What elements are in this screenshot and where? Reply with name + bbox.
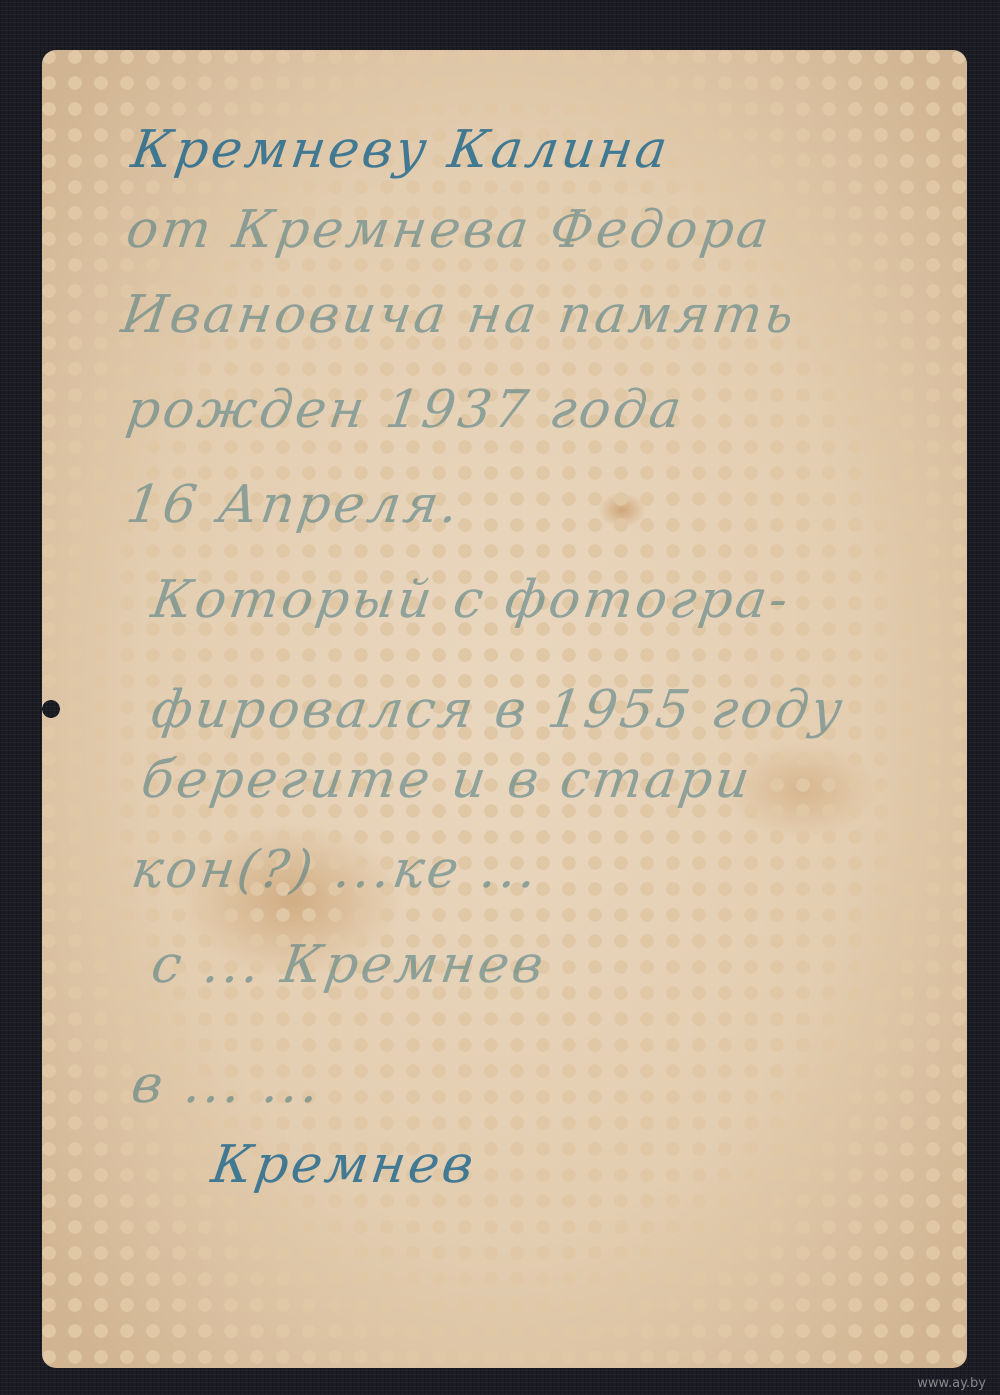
watermark: www.ay.by — [917, 1376, 986, 1391]
inscription-line: Ивановича на память — [118, 285, 801, 345]
inscription-line: Кремневу Калина — [128, 120, 674, 180]
inscription-line: от Кремнева Федора — [123, 200, 775, 260]
inscription-line: кон(?) ...ке ... — [128, 840, 544, 900]
inscription-signature: Кремнев — [208, 1135, 480, 1195]
inscription-line: в ... ... — [128, 1055, 326, 1115]
inscription-line: 16 Апреля. — [123, 475, 465, 535]
inscription-line: Который с фотогра- — [148, 570, 795, 630]
inscription-line: с ... Кремнев — [148, 935, 550, 995]
inscription-line: фировался в 1955 году — [148, 680, 849, 740]
photo-card-back: Кремневу Калина от Кремнева Федора Ивано… — [42, 50, 967, 1368]
inscription-line: рожден 1937 года — [123, 380, 688, 440]
inscription-line: берегите и в стари — [138, 750, 756, 810]
